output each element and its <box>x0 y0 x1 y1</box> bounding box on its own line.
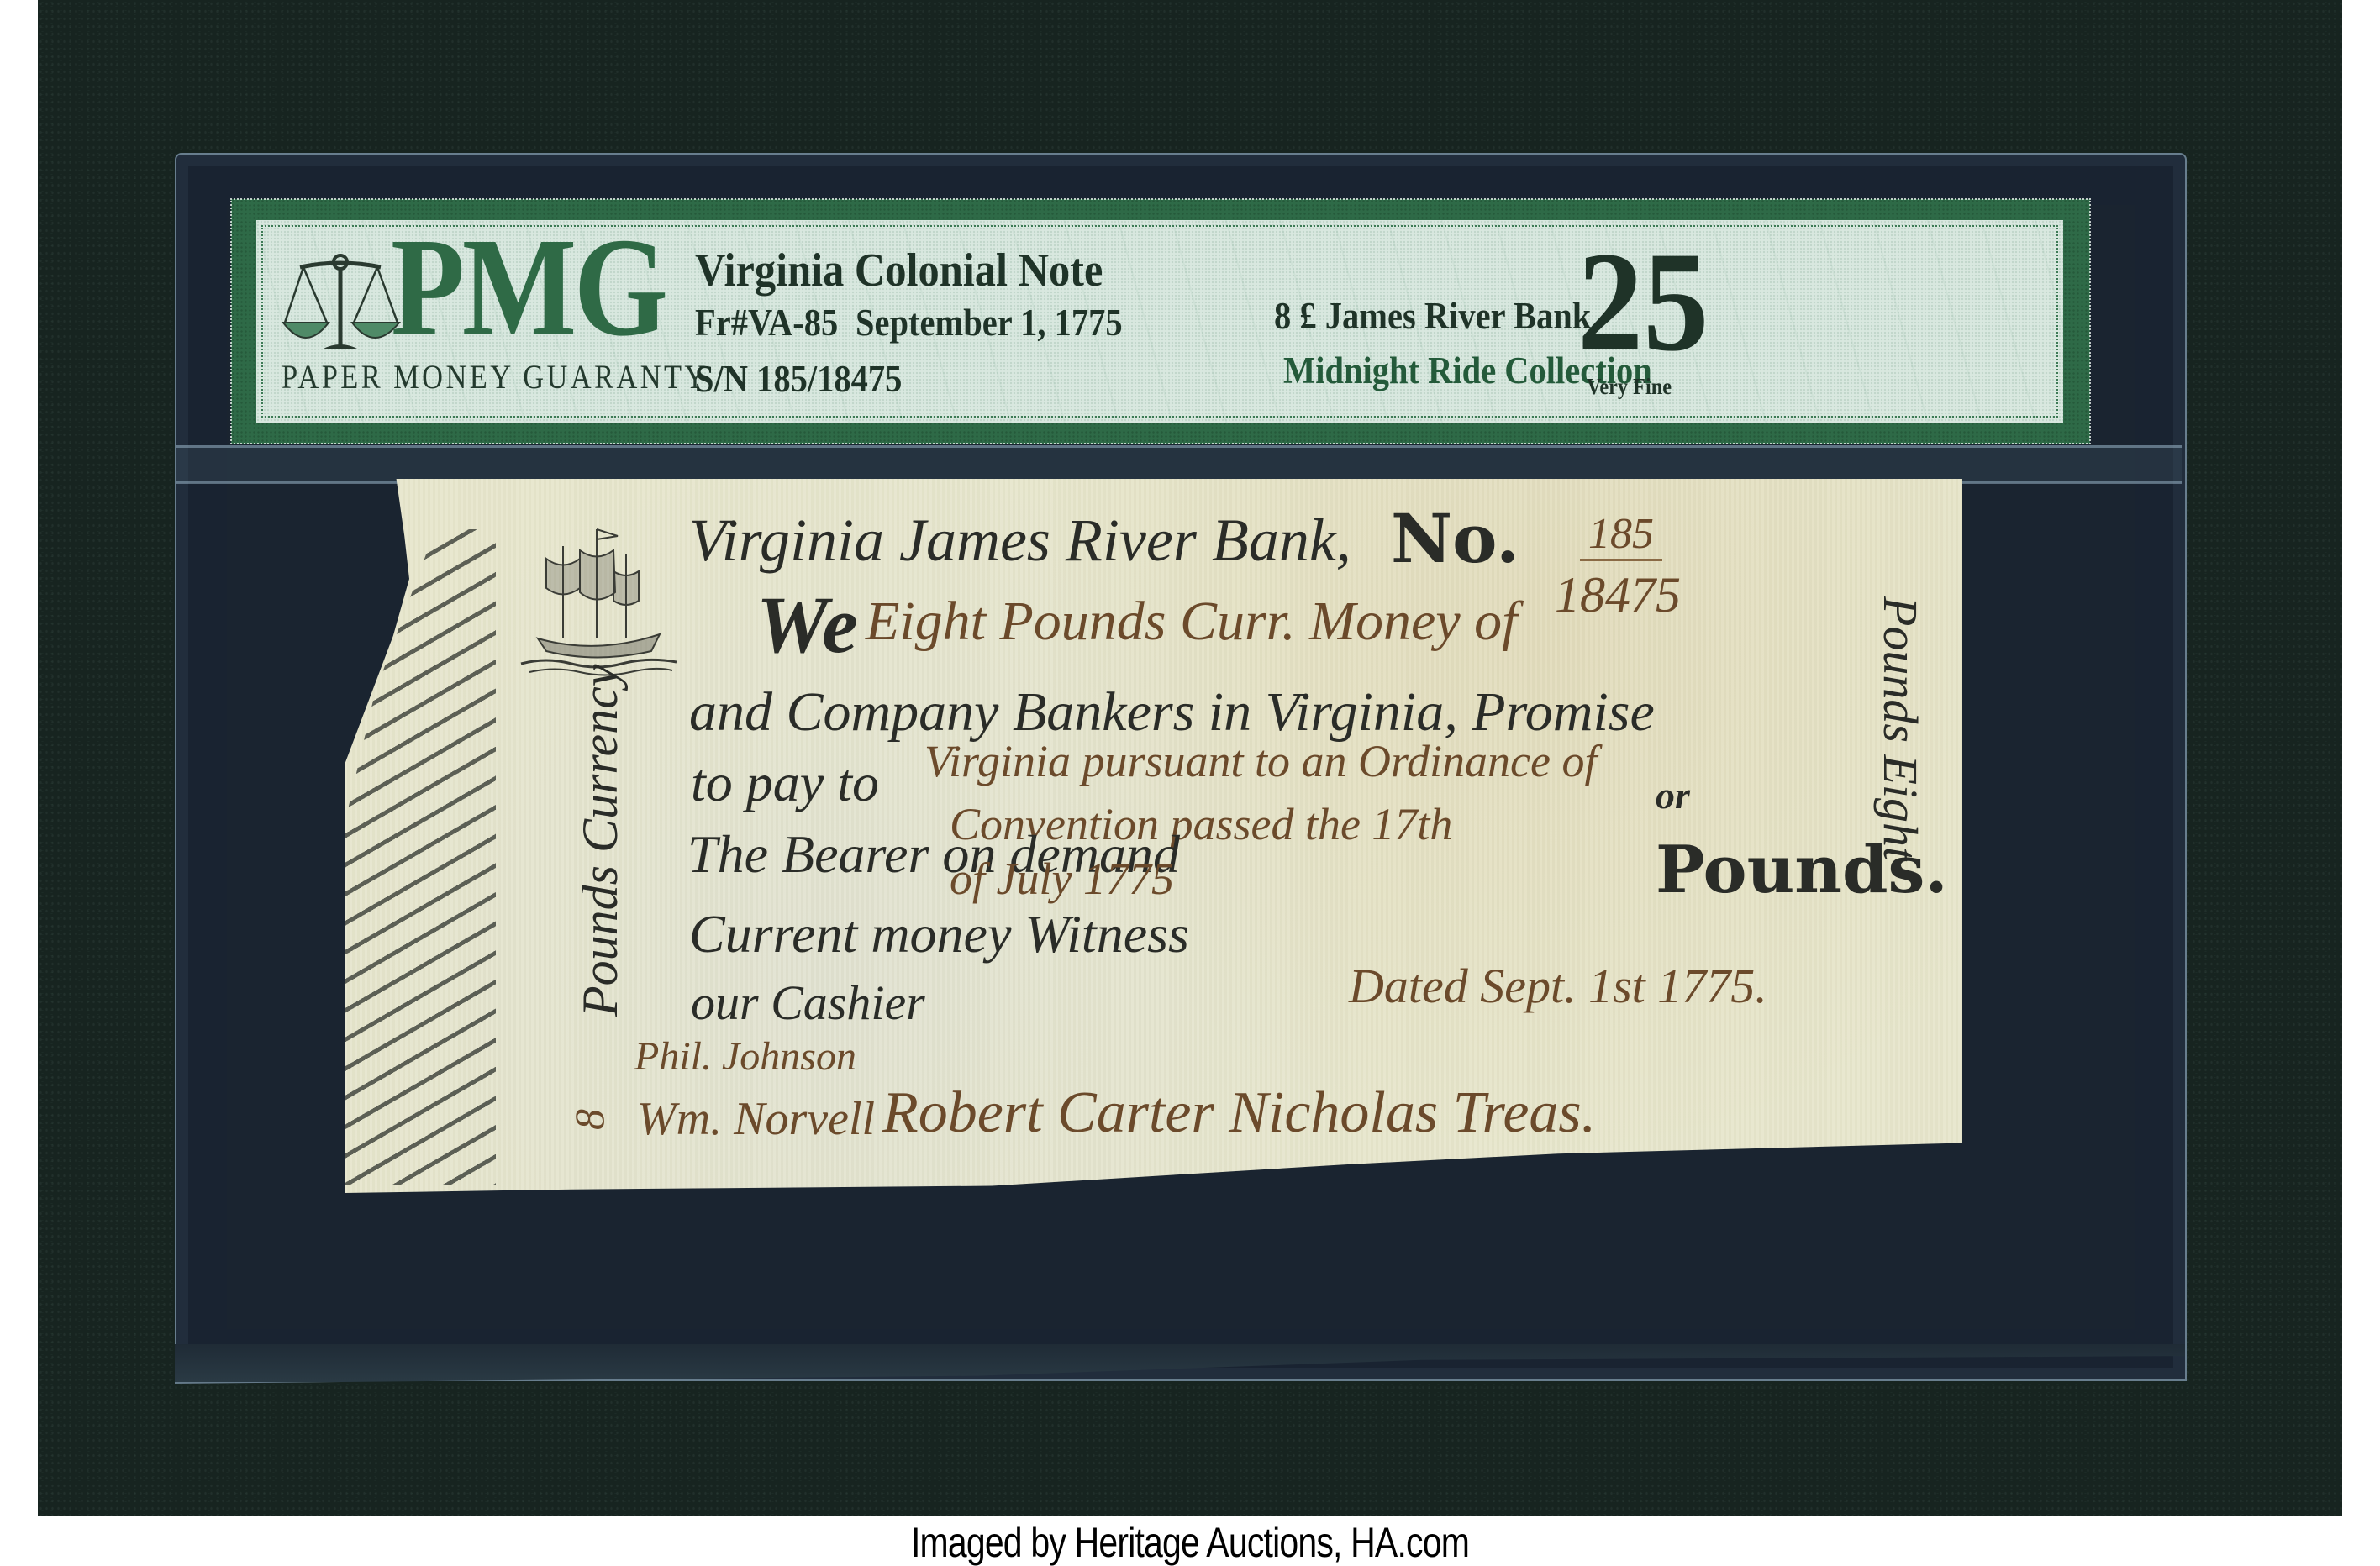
sailing-ship-icon <box>513 512 681 681</box>
left-vertical-amount: 8 <box>565 1109 613 1130</box>
serial-number-top: 185 <box>1580 509 1662 561</box>
grading-label: PMG PAPER MONEY GUARANTY Virginia Coloni… <box>231 199 2090 444</box>
signature-treasurer: Robert Carter Nicholas Treas. <box>882 1080 1596 1147</box>
signature-cashier-1: Phil. Johnson <box>634 1033 856 1080</box>
scales-of-justice-icon <box>282 245 626 363</box>
current-money-line: Current money Witness <box>689 903 1189 965</box>
july-date-handwritten: of July 1775 <box>950 853 1174 905</box>
number-prefix: No. <box>1391 499 1519 578</box>
denomination: 8 £ James River Bank <box>1274 294 1591 338</box>
pmg-tagline: PAPER MONEY GUARANTY <box>282 357 708 397</box>
or-text: or <box>1656 773 1690 817</box>
note-title: Virginia Colonial Note <box>695 244 1103 297</box>
payee-handwritten: Virginia pursuant to an Ordinance of <box>924 735 1597 787</box>
collection-name: Midnight Ride Collection <box>1283 349 1652 392</box>
holder-sleeve-band <box>176 445 2182 483</box>
colonial-banknote: Virginia James River Bank, No. 185 18475… <box>345 479 1962 1193</box>
pay-to-line: to pay to <box>691 752 879 814</box>
catalog-number: Fr#VA-85 <box>695 301 838 344</box>
signature-cashier-2: Wm. Norvell <box>637 1092 875 1146</box>
grade-number: 25 <box>1577 230 1709 373</box>
dated-line: Dated Sept. 1st 1775. <box>1349 958 1767 1014</box>
holder-divider <box>176 445 2182 448</box>
we-initial: We <box>756 578 858 671</box>
serial-number-bottom: 18475 <box>1555 566 1681 624</box>
cashier-line: our Cashier <box>691 975 925 1031</box>
serial-number: S/N 185/18475 <box>695 357 902 401</box>
right-vertical-text: Pounds Eight <box>1872 596 1929 860</box>
issue-date: September 1, 1775 <box>856 301 1123 344</box>
bank-heading: Virginia James River Bank, <box>689 506 1351 575</box>
image-credit: Imaged by Heritage Auctions, HA.com <box>214 1519 2166 1566</box>
left-vertical-text: Pounds Currency <box>571 665 629 1017</box>
amount-handwritten: Eight Pounds Curr. Money of <box>866 590 1517 654</box>
pmg-brand: PMG <box>391 229 666 346</box>
label-panel: PMG PAPER MONEY GUARANTY Virginia Coloni… <box>256 220 2063 423</box>
grade-description: Very Fine <box>1587 374 1672 400</box>
